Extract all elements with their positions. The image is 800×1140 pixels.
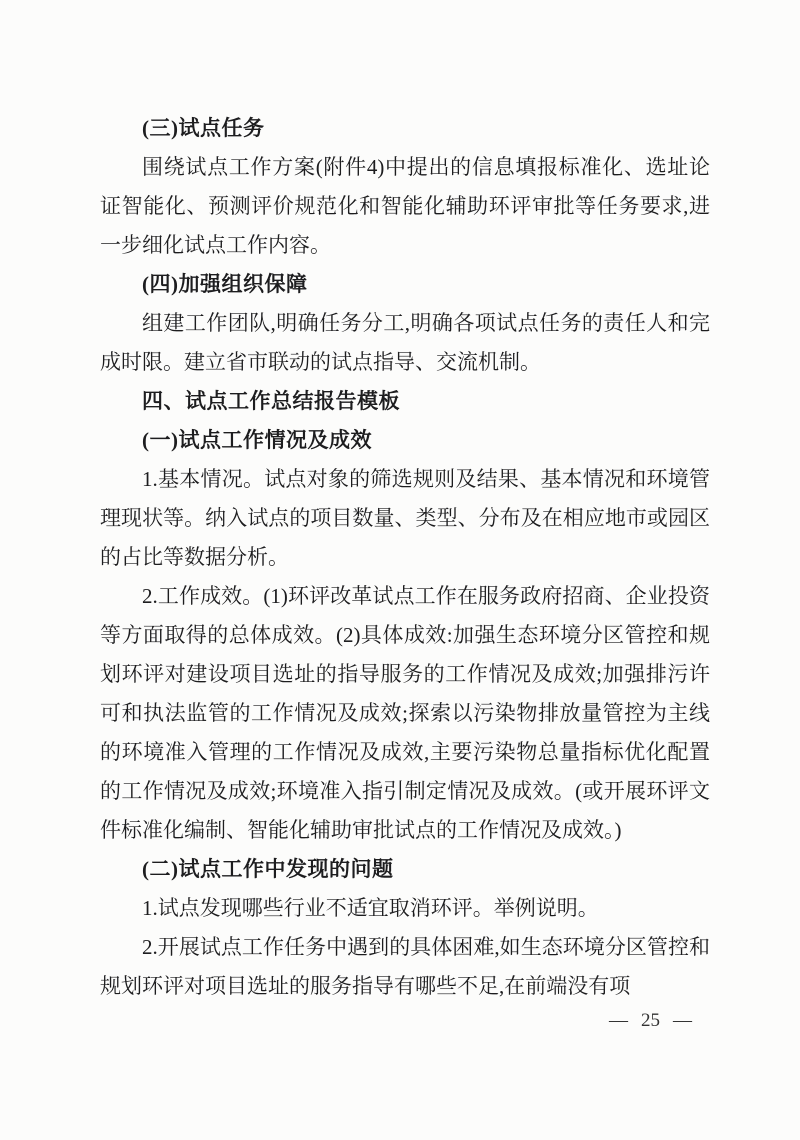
section-heading-1-work-status-results: (一)试点工作情况及成效 bbox=[100, 421, 710, 460]
paragraph-organizational-support: 组建工作团队,明确任务分工,明确各项试点任务的责任人和完成时限。建立省市联动的试… bbox=[100, 304, 710, 382]
chapter-heading-4-summary-report-template: 四、试点工作总结报告模板 bbox=[100, 382, 710, 421]
paragraph-problem-1: 1.试点发现哪些行业不适宜取消环评。举例说明。 bbox=[100, 889, 710, 928]
footer-dash-left: — bbox=[609, 1008, 628, 1034]
document-page: (三)试点任务 围绕试点工作方案(附件4)中提出的信息填报标准化、选址论证智能化… bbox=[0, 0, 800, 1140]
section-heading-3-pilot-tasks: (三)试点任务 bbox=[100, 109, 710, 148]
document-body: (三)试点任务 围绕试点工作方案(附件4)中提出的信息填报标准化、选址论证智能化… bbox=[100, 109, 710, 1006]
footer-dash-right: — bbox=[673, 1008, 692, 1034]
section-heading-4-organizational-support: (四)加强组织保障 bbox=[100, 265, 710, 304]
paragraph-problem-2: 2.开展试点工作任务中遇到的具体困难,如生态环境分区管控和规划环评对项目选址的服… bbox=[100, 928, 710, 1006]
paragraph-pilot-tasks: 围绕试点工作方案(附件4)中提出的信息填报标准化、选址论证智能化、预测评价规范化… bbox=[100, 148, 710, 265]
page-footer: — 25 — bbox=[609, 1008, 692, 1034]
page-number: 25 bbox=[641, 1008, 660, 1034]
paragraph-work-results: 2.工作成效。(1)环评改革试点工作在服务政府招商、企业投资等方面取得的总体成效… bbox=[100, 577, 710, 850]
paragraph-basic-situation: 1.基本情况。试点对象的筛选规则及结果、基本情况和环境管理现状等。纳入试点的项目… bbox=[100, 460, 710, 577]
section-heading-2-problems-found: (二)试点工作中发现的问题 bbox=[100, 850, 710, 889]
